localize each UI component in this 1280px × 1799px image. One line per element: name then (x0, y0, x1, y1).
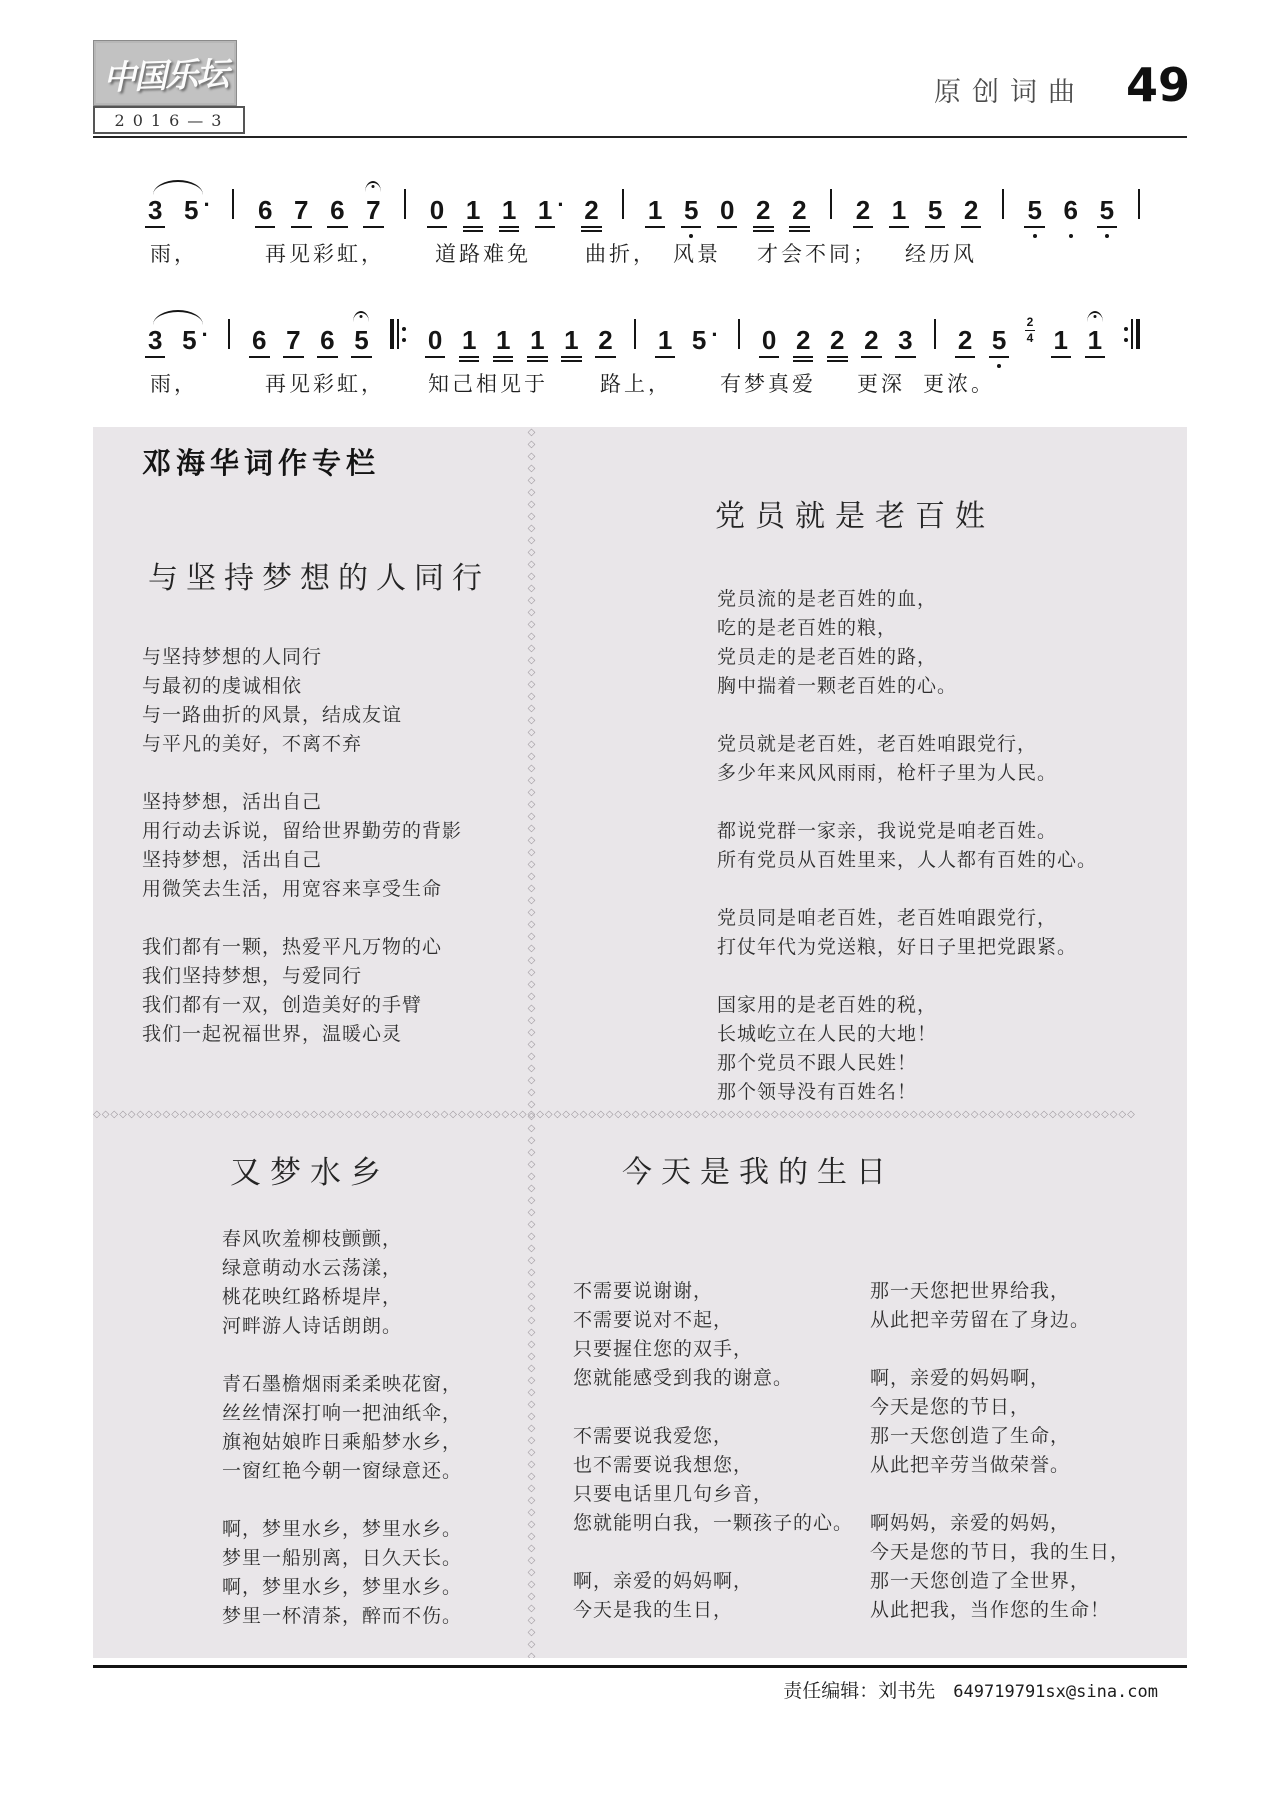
poem-line: 今天是我的生日， (573, 1596, 853, 1625)
poem-line: 党员同是咱老百姓，老百姓咱跟党行， (717, 904, 1097, 933)
poem-line: 一窗红艳今朝一窗绿意还。 (222, 1457, 462, 1486)
jianpu-note: 1 (459, 327, 479, 366)
poem-line: 那个领导没有百姓名！ (717, 1078, 1097, 1107)
poem-body-birthday-col2: 那一天您把世界给我，从此把辛劳留在了身边。啊，亲爱的妈妈啊，今天是您的节日，那一… (870, 1277, 1130, 1654)
poem-body-party: 党员流的是老百姓的血，吃的是老百姓的粮，党员走的是老百姓的路，胸中揣着一颗老百姓… (717, 585, 1097, 1136)
jianpu-note: 2 (581, 197, 601, 236)
magazine-logo-text: 中国乐坛 (102, 47, 228, 98)
jianpu-note: 1 (493, 327, 513, 366)
jianpu-note: 5 (925, 197, 945, 236)
stanza: 不需要说谢谢，不需要说对不起，只要握住您的双手，您就能感受到我的谢意。 (573, 1277, 853, 1393)
jianpu-note: 2 (827, 327, 847, 366)
poem-line: 用微笑去生活，用宽容来享受生命 (142, 875, 462, 904)
notation-line-2: 35·676501111215·02223252411 (145, 292, 1145, 366)
barline (622, 187, 624, 221)
lyrics-line-2: 雨，再见彩虹，知己相见于路上，有梦真爱更深更浓。 (145, 368, 1155, 400)
poem-line: 啊，亲爱的妈妈啊， (573, 1567, 853, 1596)
stanza: 党员同是咱老百姓，老百姓咱跟党行，打仗年代为党送粮，好日子里把党跟紧。 (717, 904, 1097, 962)
poem-line: 只要电话里几句乡音， (573, 1480, 853, 1509)
jianpu-note: 1 (1085, 327, 1105, 366)
lyric-syllable: 风景 (673, 238, 721, 268)
lyric-syllable: 更浓。 (923, 368, 995, 398)
page-number: 49 (1126, 58, 1190, 112)
poem-line: 我们都有一双，创造美好的手臂 (142, 991, 462, 1020)
poem-line: 国家用的是老百姓的税， (717, 991, 1097, 1020)
poem-line: 丝丝情深打响一把油纸伞， (222, 1399, 462, 1428)
jianpu-note: 1 (889, 197, 909, 236)
poem-line: 从此把辛劳当做荣誉。 (870, 1451, 1130, 1480)
jianpu-note: 1 (499, 197, 519, 236)
stanza: 啊，亲爱的妈妈啊，今天是我的生日， (573, 1567, 853, 1625)
poem-line: 您就能感受到我的谢意。 (573, 1364, 853, 1393)
jianpu-note: 6 (1061, 197, 1081, 236)
jianpu-note: 2 (793, 327, 813, 366)
poem-line: 啊，梦里水乡，梦里水乡。 (222, 1515, 462, 1544)
stanza: 啊，亲爱的妈妈啊，今天是您的节日，那一天您创造了生命，从此把辛劳当做荣誉。 (870, 1364, 1130, 1480)
jianpu-note: 0 (425, 327, 445, 366)
barline (390, 317, 406, 351)
page-header: 原创词曲 49 (934, 58, 1190, 112)
editor-email: 649719791sx@sina.com (953, 1682, 1158, 1702)
poem-line: 从此把我，当作您的生命！ (870, 1596, 1130, 1625)
barline (1124, 317, 1140, 351)
barline (830, 187, 832, 221)
poem-line: 啊，梦里水乡，梦里水乡。 (222, 1573, 462, 1602)
stanza: 党员流的是老百姓的血，吃的是老百姓的粮，党员走的是老百姓的路，胸中揣着一颗老百姓… (717, 585, 1097, 701)
jianpu-note: 2 (955, 327, 975, 366)
lyric-syllable: 更深 (857, 368, 905, 398)
poem-line: 今天是您的节日，我的生日， (870, 1538, 1130, 1567)
poem-line: 坚持梦想，活出自己 (142, 788, 462, 817)
poem-body-water: 春风吹羞柳枝颤颤，绿意萌动水云荡漾，桃花映红路桥堤岸，河畔游人诗话朗朗。青石墨檐… (222, 1225, 462, 1660)
lyrics-line-1: 雨，再见彩虹，道路难免曲折，风景才会不同；经历风 (145, 238, 1155, 270)
jianpu-note: 7 (291, 197, 311, 236)
barline (634, 317, 636, 351)
poem-line: 今天是您的节日， (870, 1393, 1130, 1422)
poem-line: 桃花映红路桥堤岸， (222, 1283, 462, 1312)
lyric-syllable: 才会不同； (757, 238, 877, 268)
poem-title-dream: 与坚持梦想的人同行 (148, 553, 490, 597)
fermata-icon (365, 181, 381, 192)
jianpu-note: 5 (1024, 197, 1044, 236)
poem-line: 与平凡的美好，不离不弃 (142, 730, 462, 759)
poem-line: 吃的是老百姓的粮， (717, 614, 1097, 643)
poem-line: 青石墨檐烟雨柔柔映花窗， (222, 1370, 462, 1399)
poem-title-water: 又梦水乡 (93, 1147, 527, 1192)
stanza: 党员就是老百姓，老百姓咱跟党行，多少年来风风雨雨，枪杆子里为人民。 (717, 730, 1097, 788)
magazine-logo: 中国乐坛 (93, 40, 237, 106)
notation-line-1: 35·67670111·2150222152565 (145, 162, 1145, 236)
poem-line: 啊妈妈，亲爱的妈妈， (870, 1509, 1130, 1538)
jianpu-note: 5 (989, 327, 1009, 366)
poem-line: 我们一起祝福世界，温暖心灵 (142, 1020, 462, 1049)
jianpu-note: 1 (1051, 327, 1071, 366)
poem-line: 打仗年代为党送粮，好日子里把党跟紧。 (717, 933, 1097, 962)
jianpu-note: 2 (961, 197, 981, 236)
poem-line: 长城屹立在人民的大地！ (717, 1020, 1097, 1049)
poem-line: 我们都有一颗，热爱平凡万物的心 (142, 933, 462, 962)
poem-line: 那一天您把世界给我， (870, 1277, 1130, 1306)
poem-line: 都说党群一家亲，我说党是咱老百姓。 (717, 817, 1097, 846)
footer-credit: 责任编辑：刘书先649719791sx@sina.com (783, 1676, 1158, 1703)
poem-line: 从此把辛劳留在了身边。 (870, 1306, 1130, 1335)
lyric-syllable: 曲折， (585, 238, 657, 268)
poem-line: 绿意萌动水云荡漾， (222, 1254, 462, 1283)
barline (934, 317, 936, 351)
lyric-syllable: 雨， (150, 368, 198, 398)
barline (228, 317, 230, 351)
poem-line: 那一天您创造了全世界， (870, 1567, 1130, 1596)
poem-body-birthday-col1: 不需要说谢谢，不需要说对不起，只要握住您的双手，您就能感受到我的谢意。不需要说我… (573, 1277, 853, 1654)
barline (738, 317, 740, 351)
poem-line: 不需要说对不起， (573, 1306, 853, 1335)
jianpu-note: 6 (327, 197, 347, 236)
jianpu-note: 1 (463, 197, 483, 236)
footer-rule (93, 1665, 1187, 1668)
poem-line: 不需要说谢谢， (573, 1277, 853, 1306)
poem-line: 梦里一杯清茶，醉而不伤。 (222, 1602, 462, 1631)
jianpu-note: 5 (351, 327, 371, 366)
poem-line: 与坚持梦想的人同行 (142, 643, 462, 672)
poem-line: 只要握住您的双手， (573, 1335, 853, 1364)
poem-line: 党员流的是老百姓的血， (717, 585, 1097, 614)
jianpu-note: 1 (561, 327, 581, 366)
poem-line: 与最初的虔诚相依 (142, 672, 462, 701)
poem-line: 河畔游人诗话朗朗。 (222, 1312, 462, 1341)
poem-line: 那一天您创造了生命， (870, 1422, 1130, 1451)
issue-label: 2016—3 (93, 106, 245, 134)
jianpu-note: 0 (427, 197, 447, 236)
jianpu-note: 2 (753, 197, 773, 236)
poem-title-birthday: 今天是我的生日 (622, 1147, 895, 1191)
poem-title-party: 党员就是老百姓 (715, 491, 995, 535)
jianpu-note: 5 (1097, 197, 1117, 236)
poem-line: 多少年来风风雨雨，枪杆子里为人民。 (717, 759, 1097, 788)
poem-line: 不需要说我爱您， (573, 1422, 853, 1451)
music-notation-section: 35·67670111·2150222152565 雨，再见彩虹，道路难免曲折，… (145, 162, 1155, 402)
poem-line: 党员就是老百姓，老百姓咱跟党行， (717, 730, 1097, 759)
poem-line: 那个党员不跟人民姓！ (717, 1049, 1097, 1078)
stanza: 不需要说我爱您，也不需要说我想您，只要电话里几句乡音，您就能明白我，一颗孩子的心… (573, 1422, 853, 1538)
lyric-syllable: 再见彩虹， (265, 368, 385, 398)
jianpu-note: 7 (283, 327, 303, 366)
lyrics-panel: ◇◇◇◇◇◇◇◇◇◇◇◇◇◇◇◇◇◇◇◇◇◇◇◇◇◇◇◇◇◇◇◇◇◇◇◇◇◇◇◇… (93, 427, 1187, 1658)
jianpu-note: 3 (145, 197, 165, 236)
jianpu-note: 7 (363, 197, 383, 236)
poem-line: 用行动去诉说，留给世界勤劳的背影 (142, 817, 462, 846)
jianpu-note: 6 (249, 327, 269, 366)
stanza: 坚持梦想，活出自己用行动去诉说，留给世界勤劳的背影坚持梦想，活出自己用微笑去生活… (142, 788, 462, 904)
poem-line: 春风吹羞柳枝颤颤， (222, 1225, 462, 1254)
stanza: 国家用的是老百姓的税，长城屹立在人民的大地！那个党员不跟人民姓！那个领导没有百姓… (717, 991, 1097, 1107)
jianpu-note: 1· (535, 192, 566, 236)
jianpu-note: 2 (789, 197, 809, 236)
poem-body-dream: 与坚持梦想的人同行与最初的虔诚相依与一路曲折的风景，结成友谊与平凡的美好，不离不… (142, 643, 462, 1078)
poem-line: 党员走的是老百姓的路， (717, 643, 1097, 672)
poem-line: 所有党员从百姓里来，人人都有百姓的心。 (717, 846, 1097, 875)
lyric-syllable: 经历风 (905, 238, 977, 268)
jianpu-note: 3 (895, 327, 915, 366)
jianpu-note: 2 (853, 197, 873, 236)
magazine-page: 中国乐坛 2016—3 原创词曲 49 35·67670111·21502221… (0, 0, 1280, 1799)
stanza: 那一天您把世界给我，从此把辛劳留在了身边。 (870, 1277, 1130, 1335)
stanza: 我们都有一颗，热爱平凡万物的心我们坚持梦想，与爱同行我们都有一双，创造美好的手臂… (142, 933, 462, 1049)
poem-line: 啊，亲爱的妈妈啊， (870, 1364, 1130, 1393)
stanza: 与坚持梦想的人同行与最初的虔诚相依与一路曲折的风景，结成友谊与平凡的美好，不离不… (142, 643, 462, 759)
jianpu-note: 6 (317, 327, 337, 366)
jianpu-note: 5· (179, 322, 210, 366)
jianpu-note: 2 (595, 327, 615, 366)
lyric-syllable: 路上， (600, 368, 672, 398)
barline (1138, 187, 1140, 221)
poem-line: 与一路曲折的风景，结成友谊 (142, 701, 462, 730)
stanza: 春风吹羞柳枝颤颤，绿意萌动水云荡漾，桃花映红路桥堤岸，河畔游人诗话朗朗。 (222, 1225, 462, 1341)
jianpu-note: 0 (717, 197, 737, 236)
jianpu-note: 2 (861, 327, 881, 366)
poem-line: 您就能明白我，一颗孩子的心。 (573, 1509, 853, 1538)
barline (404, 187, 406, 221)
jianpu-note: 0 (759, 327, 779, 366)
fermata-icon (353, 311, 369, 322)
barline (232, 187, 234, 221)
jianpu-note: 5 (681, 197, 701, 236)
lyric-syllable: 再见彩虹， (265, 238, 385, 268)
poem-line: 也不需要说我想您， (573, 1451, 853, 1480)
poem-line: 我们坚持梦想，与爱同行 (142, 962, 462, 991)
poem-line: 梦里一船别离，日久天长。 (222, 1544, 462, 1573)
section-label: 原创词曲 (934, 70, 1086, 109)
stanza: 青石墨檐烟雨柔柔映花窗，丝丝情深打响一把油纸伞，旗袍姑娘昨日乘船梦水乡，一窗红艳… (222, 1370, 462, 1486)
stanza: 都说党群一家亲，我说党是咱老百姓。所有党员从百姓里来，人人都有百姓的心。 (717, 817, 1097, 875)
time-signature: 24 (1025, 316, 1035, 344)
lyric-syllable: 有梦真爱 (720, 368, 816, 398)
jianpu-note: 3 (145, 327, 165, 366)
jianpu-note: 6 (255, 197, 275, 236)
zigzag-divider-vertical: ◇◇◇◇◇◇◇◇◇◇◇◇◇◇◇◇◇◇◇◇◇◇◇◇◇◇◇◇◇◇◇◇◇◇◇◇◇◇◇◇… (523, 427, 537, 1658)
column-header: 邓海华词作专栏 (142, 441, 380, 482)
lyric-syllable: 道路难免 (435, 238, 531, 268)
stanza: 啊，梦里水乡，梦里水乡。梦里一船别离，日久天长。啊，梦里水乡，梦里水乡。梦里一杯… (222, 1515, 462, 1631)
poem-line: 旗袍姑娘昨日乘船梦水乡， (222, 1428, 462, 1457)
poem-line: 胸中揣着一颗老百姓的心。 (717, 672, 1097, 701)
jianpu-note: 1 (645, 197, 665, 236)
poem-line: 坚持梦想，活出自己 (142, 846, 462, 875)
stanza: 啊妈妈，亲爱的妈妈，今天是您的节日，我的生日，那一天您创造了全世界，从此把我，当… (870, 1509, 1130, 1625)
lyric-syllable: 知己相见于 (428, 368, 548, 398)
jianpu-note: 1 (655, 327, 675, 366)
lyric-syllable: 雨， (150, 238, 198, 268)
barline (1002, 187, 1004, 221)
header-rule (93, 136, 1187, 138)
jianpu-note: 1 (527, 327, 547, 366)
jianpu-note: 5· (689, 322, 720, 366)
jianpu-note: 5· (181, 192, 212, 236)
fermata-icon (1087, 311, 1103, 322)
editor-credit: 责任编辑：刘书先 (783, 1681, 935, 1702)
